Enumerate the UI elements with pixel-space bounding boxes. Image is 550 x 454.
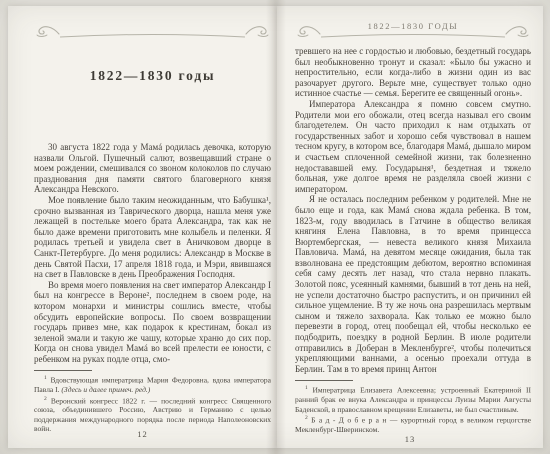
left-page-header [34,18,271,38]
book-photo: 1822—1830 годы 30 августа 1822 года у Ма… [0,0,550,454]
footnote-text: Императрица Елизавета Алексеевна; устрое… [295,386,531,414]
paragraph: Я не осталась последним ребенком у родит… [295,194,531,374]
flourish-icon [295,22,321,38]
flourish-icon [245,22,271,38]
footnote-text: Веронский конгресс 1822 г. — последний к… [34,396,271,433]
paragraph: 30 августа 1822 года у Мамá родилась дев… [34,142,271,195]
footnote: 2 Б а д - Д о б е р а н — курортный горо… [295,414,531,434]
flourish-icon [34,22,60,38]
header-rule: 1822—1830 ГОДЫ [321,21,505,38]
page-number: 12 [8,429,277,439]
paragraph-continuation: тревшего на нее с гордостью и любовью, б… [295,46,531,99]
footnote-editor-note: (Здесь и далее примеч. ред.) [61,385,150,394]
footnote-marker: 2 [44,396,47,402]
page-number: 13 [277,434,543,444]
header-rule [60,32,245,38]
footnote-marker: 2 [305,415,308,421]
footnote: 1 Императрица Елизавета Алексеевна; устр… [295,384,531,413]
right-page-body: тревшего на нее с гордостью и любовью, б… [295,46,531,374]
flourish-icon [505,22,531,38]
footnote-separator [295,380,353,381]
footnotes: 1 Императрица Елизавета Алексеевна; устр… [295,384,531,433]
footnote-marker: 1 [305,385,308,391]
chapter-title: 1822—1830 годы [34,68,271,84]
paragraph: Во время моего появления на свет императ… [34,280,271,365]
footnote-separator [34,370,92,371]
footnote: 1 Вдовствующая императрица Мария Федоров… [34,374,271,394]
left-page-body: 30 августа 1822 года у Мамá родилась дев… [34,142,271,364]
running-header: 1822—1830 ГОДЫ [368,21,459,31]
footnote-text: Б а д - Д о б е р а н — курортный город … [295,415,531,433]
right-page-header: 1822—1830 ГОДЫ [295,18,531,38]
right-page: 1822—1830 ГОДЫ тревшего на нее с гордост… [277,6,543,448]
footnote-marker: 1 [44,375,47,381]
footnotes: 1 Вдовствующая императрица Мария Федоров… [34,374,271,433]
paragraph: Мое появление было таким неожиданным, чт… [34,195,271,280]
footnote: 2 Веронский конгресс 1822 г. — последний… [34,395,271,434]
left-page: 1822—1830 годы 30 августа 1822 года у Ма… [8,6,277,448]
paragraph: Императора Александра я помню совсем сму… [295,99,531,194]
